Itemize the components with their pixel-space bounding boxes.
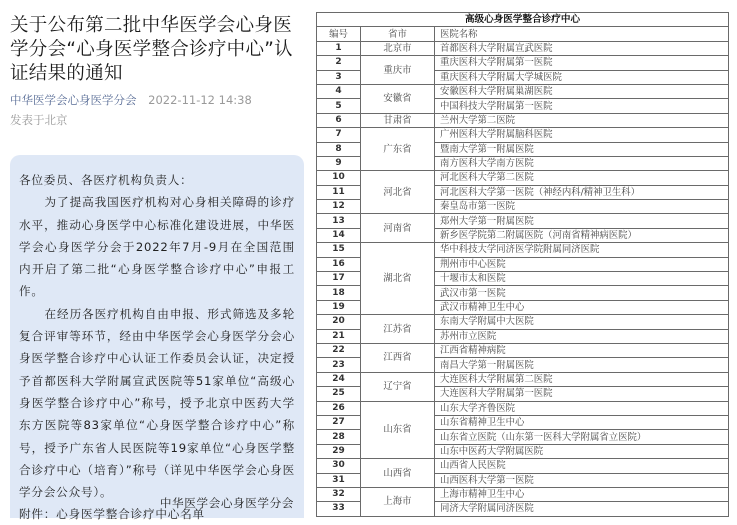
row-number: 11 <box>317 185 361 199</box>
table-row: 15湖北省华中科技大学同济医学院附属同济医院 <box>317 243 729 257</box>
table-row: 22江西省江西省精神病院 <box>317 343 729 357</box>
hospital-name-cell: 十堰市太和医院 <box>435 272 729 286</box>
table-header-row: 编号 省市 医院名称 <box>317 27 729 41</box>
row-number: 20 <box>317 315 361 329</box>
article-meta: 中华医学会心身医学分会 2022-11-12 14:38 <box>10 92 252 108</box>
hospital-list-table: 高级心身医学整合诊疗中心 编号 省市 医院名称 1北京市首都医科大学附属宣武医院… <box>316 12 729 517</box>
row-number: 15 <box>317 243 361 257</box>
row-number: 19 <box>317 300 361 314</box>
hospital-name-cell: 武汉市精神卫生中心 <box>435 300 729 314</box>
hospital-name-cell: 山东中医药大学附属医院 <box>435 444 729 458</box>
row-number: 33 <box>317 502 361 516</box>
hospital-name-cell: 河北医科大学第一医院（神经内科/精神卫生科） <box>435 185 729 199</box>
hospital-name-cell: 山东省立医院（山东第一医科大学附属省立医院） <box>435 430 729 444</box>
row-number: 17 <box>317 272 361 286</box>
hospital-name-cell: 大连医科大学附属第二医院 <box>435 372 729 386</box>
row-number: 16 <box>317 257 361 271</box>
notice-body-panel: 各位委员、各医疗机构负责人： 为了提高我国医疗机构对心身相关障碍的诊疗水平，推动… <box>10 155 304 518</box>
hospital-name-cell: 暨南大学第一附属医院 <box>435 142 729 156</box>
table-row: 2重庆市重庆医科大学附属第一医院 <box>317 56 729 70</box>
table-row: 7广东省广州医科大学附属脑科医院 <box>317 128 729 142</box>
row-number: 25 <box>317 387 361 401</box>
province-cell: 湖北省 <box>361 243 435 315</box>
row-number: 10 <box>317 171 361 185</box>
row-number: 5 <box>317 99 361 113</box>
row-number: 26 <box>317 401 361 415</box>
header-number: 编号 <box>317 27 361 41</box>
row-number: 4 <box>317 84 361 98</box>
hospital-name-cell: 山西医科大学第一医院 <box>435 473 729 487</box>
row-number: 23 <box>317 358 361 372</box>
header-hospital-name: 医院名称 <box>435 27 729 41</box>
hospital-name-cell: 南昌大学第一附属医院 <box>435 358 729 372</box>
row-number: 2 <box>317 56 361 70</box>
row-number: 14 <box>317 228 361 242</box>
province-cell: 甘肃省 <box>361 113 435 127</box>
body-paragraph-2: 在经历各医疗机构自由申报、形式筛选及多轮复合评审等环节，经由中华医学会心身医学分… <box>19 303 295 504</box>
hospital-name-cell: 重庆医科大学附属大学城医院 <box>435 70 729 84</box>
row-number: 27 <box>317 415 361 429</box>
hospital-name-cell: 武汉市第一医院 <box>435 286 729 300</box>
province-cell: 山西省 <box>361 459 435 488</box>
body-paragraph-1: 为了提高我国医疗机构对心身相关障碍的诊疗水平，推动心身医学中心标准化建设进展，中… <box>19 191 295 302</box>
table-row: 4安徽省安徽医科大学附属巢湖医院 <box>317 84 729 98</box>
province-cell: 安徽省 <box>361 84 435 113</box>
row-number: 32 <box>317 487 361 501</box>
table-row: 26山东省山东大学齐鲁医院 <box>317 401 729 415</box>
hospital-name-cell: 秦皇岛市第一医院 <box>435 200 729 214</box>
hospital-name-cell: 首都医科大学附属宣武医院 <box>435 41 729 55</box>
hospital-name-cell: 山东大学齐鲁医院 <box>435 401 729 415</box>
row-number: 7 <box>317 128 361 142</box>
row-number: 24 <box>317 372 361 386</box>
signature: 中华医学会心身医学分会 <box>160 495 294 511</box>
province-cell: 上海市 <box>361 487 435 516</box>
hospital-name-cell: 重庆医科大学附属第一医院 <box>435 56 729 70</box>
row-number: 30 <box>317 459 361 473</box>
province-cell: 河北省 <box>361 171 435 214</box>
row-number: 9 <box>317 156 361 170</box>
table-row: 20江苏省东南大学附属中大医院 <box>317 315 729 329</box>
province-cell: 北京市 <box>361 41 435 55</box>
hospital-name-cell: 江西省精神病院 <box>435 343 729 357</box>
table-row: 10河北省河北医科大学第二医院 <box>317 171 729 185</box>
row-number: 21 <box>317 329 361 343</box>
table-row: 32上海市上海市精神卫生中心 <box>317 487 729 501</box>
hospital-name-cell: 华中科技大学同济医学院附属同济医院 <box>435 243 729 257</box>
hospital-name-cell: 山西省人民医院 <box>435 459 729 473</box>
hospital-name-cell: 兰州大学第二医院 <box>435 113 729 127</box>
hospital-name-cell: 郑州大学第一附属医院 <box>435 214 729 228</box>
row-number: 18 <box>317 286 361 300</box>
province-cell: 山东省 <box>361 401 435 459</box>
province-cell: 江西省 <box>361 343 435 372</box>
salutation: 各位委员、各医疗机构负责人： <box>19 169 295 191</box>
hospital-name-cell: 中国科技大学附属第一医院 <box>435 99 729 113</box>
row-number: 28 <box>317 430 361 444</box>
header-province: 省市 <box>361 27 435 41</box>
hospital-name-cell: 广州医科大学附属脑科医院 <box>435 128 729 142</box>
row-number: 31 <box>317 473 361 487</box>
province-cell: 广东省 <box>361 128 435 171</box>
province-cell: 河南省 <box>361 214 435 243</box>
hospital-name-cell: 河北医科大学第二医院 <box>435 171 729 185</box>
hospital-name-cell: 山东省精神卫生中心 <box>435 415 729 429</box>
publish-location: 发表于北京 <box>10 112 68 128</box>
table-caption: 高级心身医学整合诊疗中心 <box>317 13 729 27</box>
row-number: 13 <box>317 214 361 228</box>
province-cell: 重庆市 <box>361 56 435 85</box>
table-row: 24辽宁省大连医科大学附属第二医院 <box>317 372 729 386</box>
province-cell: 江苏省 <box>361 315 435 344</box>
hospital-name-cell: 南方医科大学南方医院 <box>435 156 729 170</box>
hospital-name-cell: 同济大学附属同济医院 <box>435 502 729 516</box>
table-row: 13河南省郑州大学第一附属医院 <box>317 214 729 228</box>
row-number: 8 <box>317 142 361 156</box>
row-number: 1 <box>317 41 361 55</box>
province-cell: 辽宁省 <box>361 372 435 401</box>
row-number: 3 <box>317 70 361 84</box>
row-number: 22 <box>317 343 361 357</box>
row-number: 29 <box>317 444 361 458</box>
article-column: 关于公布第二批中华医学会心身医学分会“心身医学整合诊疗中心”认证结果的通知 中华… <box>0 0 310 525</box>
row-number: 12 <box>317 200 361 214</box>
hospital-name-cell: 安徽医科大学附属巢湖医院 <box>435 84 729 98</box>
hospital-name-cell: 苏州市立医院 <box>435 329 729 343</box>
hospital-name-cell: 大连医科大学附属第一医院 <box>435 387 729 401</box>
table-caption-row: 高级心身医学整合诊疗中心 <box>317 13 729 27</box>
author-link[interactable]: 中华医学会心身医学分会 <box>10 93 137 107</box>
hospital-name-cell: 上海市精神卫生中心 <box>435 487 729 501</box>
article-title: 关于公布第二批中华医学会心身医学分会“心身医学整合诊疗中心”认证结果的通知 <box>10 14 305 86</box>
hospital-list-table-wrapper: 高级心身医学整合诊疗中心 编号 省市 医院名称 1北京市首都医科大学附属宣武医院… <box>316 12 728 517</box>
hospital-name-cell: 荆州市中心医院 <box>435 257 729 271</box>
hospital-name-cell: 东南大学附属中大医院 <box>435 315 729 329</box>
hospital-name-cell: 新乡医学院第二附属医院（河南省精神病医院） <box>435 228 729 242</box>
row-number: 6 <box>317 113 361 127</box>
table-row: 30山西省山西省人民医院 <box>317 459 729 473</box>
publish-datetime: 2022-11-12 14:38 <box>148 93 252 107</box>
table-body: 1北京市首都医科大学附属宣武医院2重庆市重庆医科大学附属第一医院3重庆医科大学附… <box>317 41 729 516</box>
table-row: 1北京市首都医科大学附属宣武医院 <box>317 41 729 55</box>
table-row: 6甘肃省兰州大学第二医院 <box>317 113 729 127</box>
